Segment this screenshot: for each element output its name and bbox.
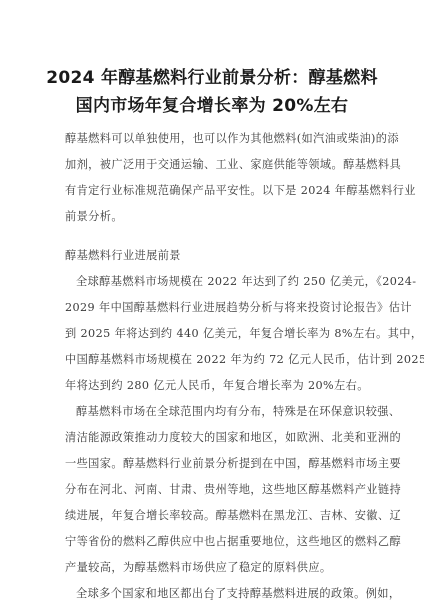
paragraph-line: 年将达到约 280 亿元人民币，年复合增长率为 20%左右。 [65, 379, 365, 393]
intro-line: 有肯定行业标准规范确保产品平安性。以下是 2024 年醇基燃料行业 [65, 184, 365, 198]
paragraph-line: 分布在河北、河南、甘肃、贵州等地，这些地区醇基燃料产业链持 [65, 483, 365, 497]
intro-line: 前景分析。 [65, 210, 365, 224]
paragraph-line: 产量较高，为醇基燃料市场供应了稳定的原料供应。 [65, 561, 365, 575]
document-title-line-2: 国内市场年复合增长率为 20%左右 [40, 91, 384, 116]
paragraph-line: 清洁能源政策推动力度较大的国家和地区，如欧洲、北美和亚洲的 [65, 431, 365, 445]
document-page: 2024 年醇基燃料行业前景分析：醇基燃料 国内市场年复合增长率为 20%左右 … [0, 0, 424, 600]
paragraph-line: 中国醇基燃料市场规模在 2022 年为约 72 亿元人民币，估计到 2025 [65, 353, 365, 367]
intro-line: 醇基燃料可以单独使用，也可以作为其他燃料(如汽油或柴油)的添 [65, 132, 365, 146]
paragraph-line: 一些国家。醇基燃料行业前景分析提到在中国，醇基燃料市场主要 [65, 457, 365, 471]
document-title-line-1: 2024 年醇基燃料行业前景分析：醇基燃料 [40, 63, 384, 88]
intro-line: 加剂，被广泛用于交通运输、工业、家庭供能等领域。醇基燃料具 [65, 158, 365, 172]
section-heading: 醇基燃料行业进展前景 [65, 249, 365, 263]
paragraph-line: 全球醇基燃料市场规模在 2022 年达到了约 250 亿美元，《2024- [76, 275, 376, 289]
paragraph-line: 宁等省份的燃料乙醇供应中也占据重要地位，这些地区的燃料乙醇 [65, 535, 365, 549]
paragraph-line: 续进展，年复合增长率较高。醇基燃料在黑龙江、吉林、安徽、辽 [65, 509, 365, 523]
paragraph-line: 到 2025 年将达到约 440 亿美元，年复合增长率为 8%左右。其中， [65, 327, 365, 341]
paragraph-line: 醇基燃料市场在全球范围内均有分布，特殊是在环保意识较强、 [76, 405, 376, 419]
paragraph-line: 2029 年中国醇基燃料行业进展趋势分析与将来投资讨论报告》估计 [65, 301, 365, 315]
